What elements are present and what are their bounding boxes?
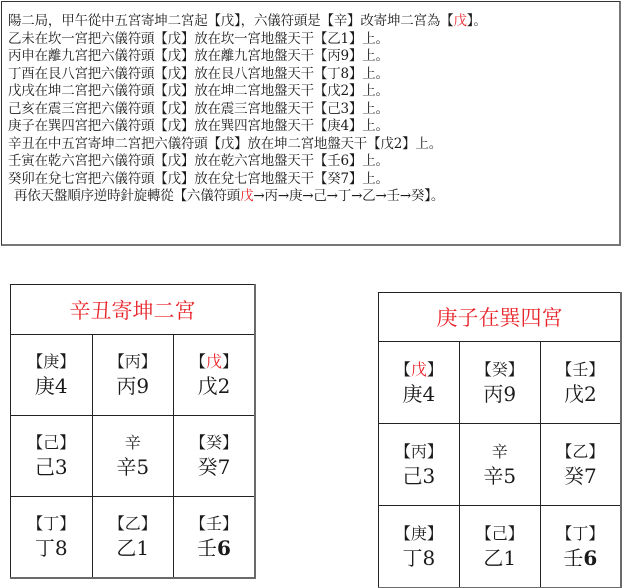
earth-plate-stem: 丁8 (11, 535, 92, 561)
description-line-1: 乙未在坎一宮把六儀符頭【戊】放在坎一宮地盤天干【乙1】上。 (8, 31, 487, 49)
description-line-8: 壬寅在乾六宮把六儀符頭【戊】放在乾六宮地盤天干【壬6】上。 (8, 153, 487, 171)
palace-number: 8 (55, 536, 68, 560)
palace-number: 6 (583, 546, 597, 570)
description-box: 陽二局，甲午從中五宮寄坤二宮起【戊】，六儀符頭是【辛】改寄坤二宮為【戊】。 乙未… (1, 1, 621, 246)
earth-plate-stem: 癸7 (541, 463, 620, 489)
description-line-2: 丙申在離九宮把六儀符頭【戊】放在離九宮地盤天干【丙9】上。 (8, 48, 487, 66)
grid-left-row-2: 【己】己3 辛辛5 【癸】癸7 (11, 416, 256, 497)
heaven-plate-stem: 【丙】 (379, 441, 459, 463)
description-line-6: 庚子在巽四宮把六儀符頭【戊】放在巽四宮地盤天干【庚4】上。 (8, 118, 487, 136)
palace-number: 6 (217, 536, 231, 560)
palace-number: 4 (423, 382, 436, 406)
grid-left-cell-2: 【戊】戊2 (174, 335, 256, 416)
heaven-plate-stem: 【壬】 (541, 359, 620, 381)
palace-number: 9 (136, 374, 149, 398)
heaven-plate-stem: 【戊】 (379, 359, 459, 381)
palace-number: 5 (136, 455, 149, 479)
heaven-plate-stem: 【丁】 (11, 513, 92, 535)
grid-right-cell-7: 【己】乙1 (459, 506, 540, 588)
palace-number: 9 (503, 382, 516, 406)
heaven-plate-stem: 【癸】 (460, 359, 540, 381)
palace-number: 2 (218, 374, 231, 398)
heaven-plate-stem: 辛 (460, 441, 540, 463)
earth-plate-stem: 辛5 (460, 463, 540, 489)
palace-number: 3 (423, 464, 436, 488)
palace-number: 3 (55, 455, 68, 479)
description-line-5: 己亥在震三宮把六儀符頭【戊】放在震三宮地盤天干【己3】上。 (8, 101, 487, 119)
earth-plate-stem: 己3 (11, 454, 92, 480)
earth-plate-stem: 壬6 (174, 535, 254, 561)
line-10-highlight: 戊 (240, 188, 253, 204)
heaven-plate-stem: 【丙】 (93, 351, 174, 373)
earth-plate-stem: 乙1 (460, 545, 540, 571)
earth-plate-stem: 己3 (379, 463, 459, 489)
description-line-0: 陽二局，甲午從中五宮寄坤二宮起【戊】，六儀符頭是【辛】改寄坤二宮為【戊】。 (8, 13, 487, 31)
grid-right-cell-2: 【壬】戊2 (540, 342, 621, 424)
palace-number: 1 (136, 536, 149, 560)
palace-grid-right: 庚子在巽四宮 【戊】庚4 【癸】丙9 【壬】戊2 【丙】己3 辛辛5 【乙】癸7… (378, 292, 622, 588)
line-0-highlight: 戊 (453, 13, 466, 29)
grid-right-row-1: 【戊】庚4 【癸】丙9 【壬】戊2 (379, 342, 622, 424)
description-line-9: 癸卯在兌七宮把六儀符頭【戊】放在兌七宮地盤天干【癸7】上。 (8, 171, 487, 189)
grid-right-cell-5: 【乙】癸7 (540, 424, 621, 506)
palace-number: 1 (503, 546, 516, 570)
heaven-plate-stem: 【乙】 (93, 513, 174, 535)
grid-left-cell-3: 【己】己3 (11, 416, 93, 497)
line-10-text-a: 再依天盤順序逆時針旋轉從【六儀符頭 (14, 188, 240, 204)
grid-left-cell-6: 【丁】丁8 (11, 497, 93, 579)
palace-number: 7 (218, 455, 231, 479)
heaven-plate-stem: 【癸】 (174, 432, 254, 454)
grid-right-cell-4: 辛辛5 (459, 424, 540, 506)
palace-number: 5 (503, 464, 516, 488)
line-10-text-b: →丙→庚→己→丁→乙→壬→癸】。 (253, 188, 444, 204)
palace-number: 7 (584, 464, 597, 488)
grid-right-cell-8: 【丁】壬6 (540, 506, 621, 588)
earth-plate-stem: 戊2 (174, 373, 254, 399)
palace-grid-left: 辛丑寄坤二宮 【庚】庚4 【丙】丙9 【戊】戊2 【己】己3 辛辛5 【癸】癸7… (10, 284, 256, 579)
palace-number: 8 (423, 546, 436, 570)
heaven-plate-stem: 【己】 (460, 523, 540, 545)
grid-left-title: 辛丑寄坤二宮 (11, 285, 256, 335)
palace-number: 4 (55, 374, 68, 398)
heaven-plate-stem: 辛 (93, 432, 174, 454)
grid-right-row-2: 【丙】己3 辛辛5 【乙】癸7 (379, 424, 622, 506)
earth-plate-stem: 癸7 (174, 454, 254, 480)
heaven-plate-stem: 【乙】 (541, 441, 620, 463)
line-0-text-a: 陽二局，甲午從中五宮寄坤二宮起【戊】，六儀符頭是【辛】改寄坤二宮為【 (8, 13, 453, 29)
earth-plate-stem: 庚4 (11, 373, 92, 399)
heaven-plate-stem: 【戊】 (174, 351, 254, 373)
grid-right-title: 庚子在巽四宮 (379, 293, 622, 342)
line-0-text-b: 】。 (467, 13, 487, 29)
grid-left-cell-5: 【癸】癸7 (174, 416, 256, 497)
earth-plate-stem: 辛5 (93, 454, 174, 480)
grid-right-cell-3: 【丙】己3 (379, 424, 460, 506)
earth-plate-stem: 乙1 (93, 535, 174, 561)
heaven-plate-stem: 【己】 (11, 432, 92, 454)
description-line-10: 再依天盤順序逆時針旋轉從【六儀符頭戊→丙→庚→己→丁→乙→壬→癸】。 (8, 188, 487, 206)
description-line-3: 丁酉在艮八宮把六儀符頭【戊】放在艮八宮地盤天干【丁8】上。 (8, 66, 487, 84)
earth-plate-stem: 庚4 (379, 381, 459, 407)
grid-left-row-3: 【丁】丁8 【乙】乙1 【壬】壬6 (11, 497, 256, 579)
grid-right-cell-1: 【癸】丙9 (459, 342, 540, 424)
grid-left-row-1: 【庚】庚4 【丙】丙9 【戊】戊2 (11, 335, 256, 416)
grid-left-cell-4: 辛辛5 (92, 416, 174, 497)
description-line-7: 辛丑在中五宮寄坤二宮把六儀符頭【戊】放在坤二宮地盤天干【戊2】上。 (8, 136, 487, 154)
grid-left-cell-8: 【壬】壬6 (174, 497, 256, 579)
palace-number: 2 (584, 382, 597, 406)
earth-plate-stem: 丙9 (460, 381, 540, 407)
grid-left-cell-0: 【庚】庚4 (11, 335, 93, 416)
heaven-plate-stem: 【丁】 (541, 523, 620, 545)
earth-plate-stem: 丙9 (93, 373, 174, 399)
grid-left-cell-7: 【乙】乙1 (92, 497, 174, 579)
heaven-plate-stem: 【庚】 (379, 523, 459, 545)
heaven-plate-stem: 【壬】 (174, 513, 254, 535)
description-line-4: 戊戌在坤二宮把六儀符頭【戊】放在坤二宮地盤天干【戊2】上。 (8, 83, 487, 101)
earth-plate-stem: 壬6 (541, 545, 620, 571)
grid-right-row-3: 【庚】丁8 【己】乙1 【丁】壬6 (379, 506, 622, 588)
grid-right-cell-0: 【戊】庚4 (379, 342, 460, 424)
grid-right-cell-6: 【庚】丁8 (379, 506, 460, 588)
heaven-plate-stem: 【庚】 (11, 351, 92, 373)
earth-plate-stem: 戊2 (541, 381, 620, 407)
grid-left-cell-1: 【丙】丙9 (92, 335, 174, 416)
earth-plate-stem: 丁8 (379, 545, 459, 571)
description-lines: 陽二局，甲午從中五宮寄坤二宮起【戊】，六儀符頭是【辛】改寄坤二宮為【戊】。 乙未… (8, 13, 487, 206)
